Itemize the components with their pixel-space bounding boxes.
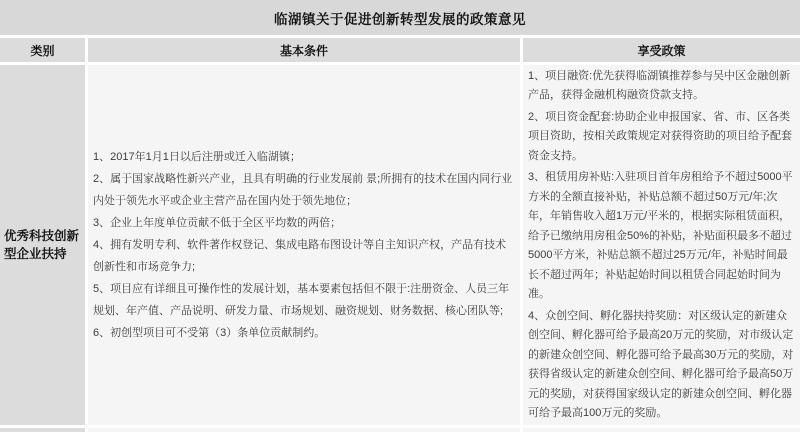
- policy-table: 类别 基本条件 享受政策 优秀科技创新型企业扶持 1、2017年1月1日以后注册…: [0, 38, 800, 432]
- condition-item: 2、属于国家战略性新兴产业，且具有明确的行业发展前 景;所拥有的技术在国内同行业…: [93, 168, 515, 212]
- policy-item: 4、众创空间、孵化器扶持奖励：对区级认定的新建众创空间、孵化器可给予最高20万元…: [528, 307, 794, 424]
- column-header-category: 类别: [0, 38, 85, 62]
- condition-item: 1、2017年1月1日以后注册或迁入临湖镇；: [93, 146, 515, 168]
- policy-item: 2、项目资金配套:协助企业申报国家、省、市、区各类项目资助，按相关政策规定对获得…: [528, 108, 794, 167]
- next-row-conditions-sliver: [88, 428, 520, 432]
- page-title: 临湖镇关于促进创新转型发展的政策意见: [0, 0, 800, 35]
- condition-item: 3、企业上年度单位贡献不低于全区平均数的两倍；: [93, 212, 515, 234]
- policy-document: 临湖镇关于促进创新转型发展的政策意见 类别 基本条件 享受政策 优秀科技创新型企…: [0, 0, 800, 432]
- column-header-policies: 享受政策: [523, 38, 800, 62]
- next-row-category-sliver: [0, 428, 85, 432]
- policy-item: 3、租赁用房补贴:入驻项目首年房租给予不超过5000平方米的全额直接补贴，补贴总…: [528, 168, 794, 305]
- next-row-policies-sliver: [523, 428, 800, 432]
- column-header-conditions: 基本条件: [88, 38, 520, 62]
- condition-item: 5、项目应有详细且可操作性的发展计划，基本要素包括但不限于:注册资金、人员三年规…: [93, 278, 515, 322]
- policy-item: 1、项目融资:优先获得临湖镇推荐参与吴中区金融创新产品，获得金融机构融资贷款支持…: [528, 67, 794, 106]
- conditions-cell: 1、2017年1月1日以后注册或迁入临湖镇；2、属于国家战略性新兴产业，且具有明…: [88, 65, 520, 425]
- category-cell: 优秀科技创新型企业扶持: [0, 65, 85, 425]
- condition-item: 6、初创型项目可不受第（3）条单位贡献制约。: [93, 322, 515, 344]
- policies-cell: 1、项目融资:优先获得临湖镇推荐参与吴中区金融创新产品，获得金融机构融资贷款支持…: [523, 65, 800, 425]
- condition-item: 4、拥有发明专利、软件著作权登记、集成电路布图设计等自主知识产权，产品有技术创新…: [93, 234, 515, 278]
